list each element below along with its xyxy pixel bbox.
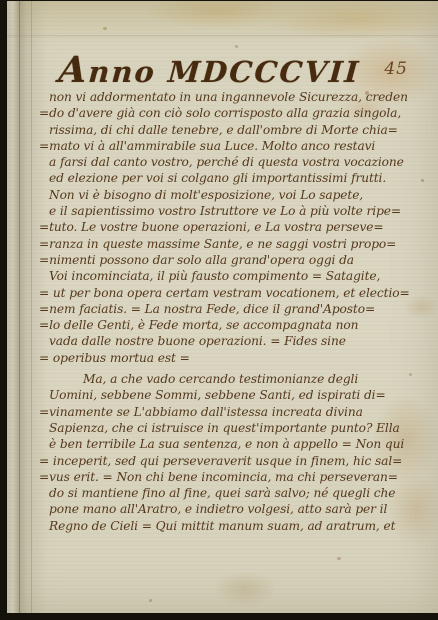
manuscript-line: =tuto. Le vostre buone operazioni, e La … (37, 219, 434, 235)
manuscript-line: ed elezione per voi si colgano gli impor… (37, 170, 434, 186)
manuscript-line: e il sapientissimo vostro Istruttore ve … (37, 203, 434, 219)
page-crease (31, 1, 32, 613)
manuscript-line: Voi incominciata, il più fausto compimen… (37, 268, 434, 284)
manuscript-line: rissima, di chi dalle tenebre, e dall'om… (37, 122, 434, 138)
manuscript-line: Regno de Cieli = Qui mittit manum suam, … (37, 518, 434, 534)
manuscript-line: vada dalle nostre buone operazioni. = Fi… (37, 333, 434, 349)
top-fold-shadow (7, 35, 438, 37)
folio-number: 45 (384, 59, 408, 79)
foxing-stain (235, 45, 238, 48)
manuscript-line: =nem faciatis. = La nostra Fede, dice il… (37, 301, 434, 317)
manuscript-line: =nimenti possono dar solo alla grand'ope… (37, 252, 434, 268)
foxing-stain (337, 557, 341, 560)
manuscript-line: = ut per bona opera certam vestram vocat… (37, 285, 434, 301)
foxing-stain (103, 27, 107, 30)
manuscript-page: Anno MDCCCVII 45 non vi addormentato in … (7, 1, 438, 613)
manuscript-line: =vus erit. = Non chi bene incomincia, ma… (37, 469, 434, 485)
manuscript-line: = inceperit, sed qui perseveraverit usqu… (37, 453, 434, 469)
manuscript-text: non vi addormentato in una ingannevole S… (37, 89, 434, 534)
manuscript-line: Uomini, sebbene Sommi, sebbene Santi, ed… (37, 387, 434, 403)
foxing-stain (149, 599, 152, 602)
manuscript-line: a farsi dal canto vostro, perché di ques… (37, 154, 434, 170)
manuscript-line: Sapienza, che ci istruisce in quest'impo… (37, 420, 434, 436)
manuscript-line: Ma, a che vado cercando testimonianze de… (37, 371, 434, 387)
manuscript-line: pone mano all'Aratro, e indietro volgesi… (37, 501, 434, 517)
manuscript-line: do si mantiene fino al fine, quei sarà s… (37, 485, 434, 501)
manuscript-line: = operibus mortua est = (37, 350, 434, 366)
book-scan: Anno MDCCCVII 45 non vi addormentato in … (0, 0, 438, 620)
page-crease (19, 1, 20, 613)
manuscript-line: Non vi è bisogno di molt'esposizione, vo… (37, 187, 434, 203)
manuscript-line: =ranza in queste massime Sante, e ne sag… (37, 236, 434, 252)
manuscript-line: è ben terribile La sua sentenza, e non à… (37, 436, 434, 452)
manuscript-line: =do d'avere già con ciò solo corrisposto… (37, 105, 434, 121)
manuscript-line: =mato vi à all'ammirabile sua Luce. Molt… (37, 138, 434, 154)
manuscript-line: =lo delle Genti, è Fede morta, se accomp… (37, 317, 434, 333)
manuscript-line: =vinamente se L'abbiamo dall'istessa inc… (37, 404, 434, 420)
manuscript-line: non vi addormentato in una ingannevole S… (37, 89, 434, 105)
chapter-heading: Anno MDCCCVII (6, 49, 414, 91)
